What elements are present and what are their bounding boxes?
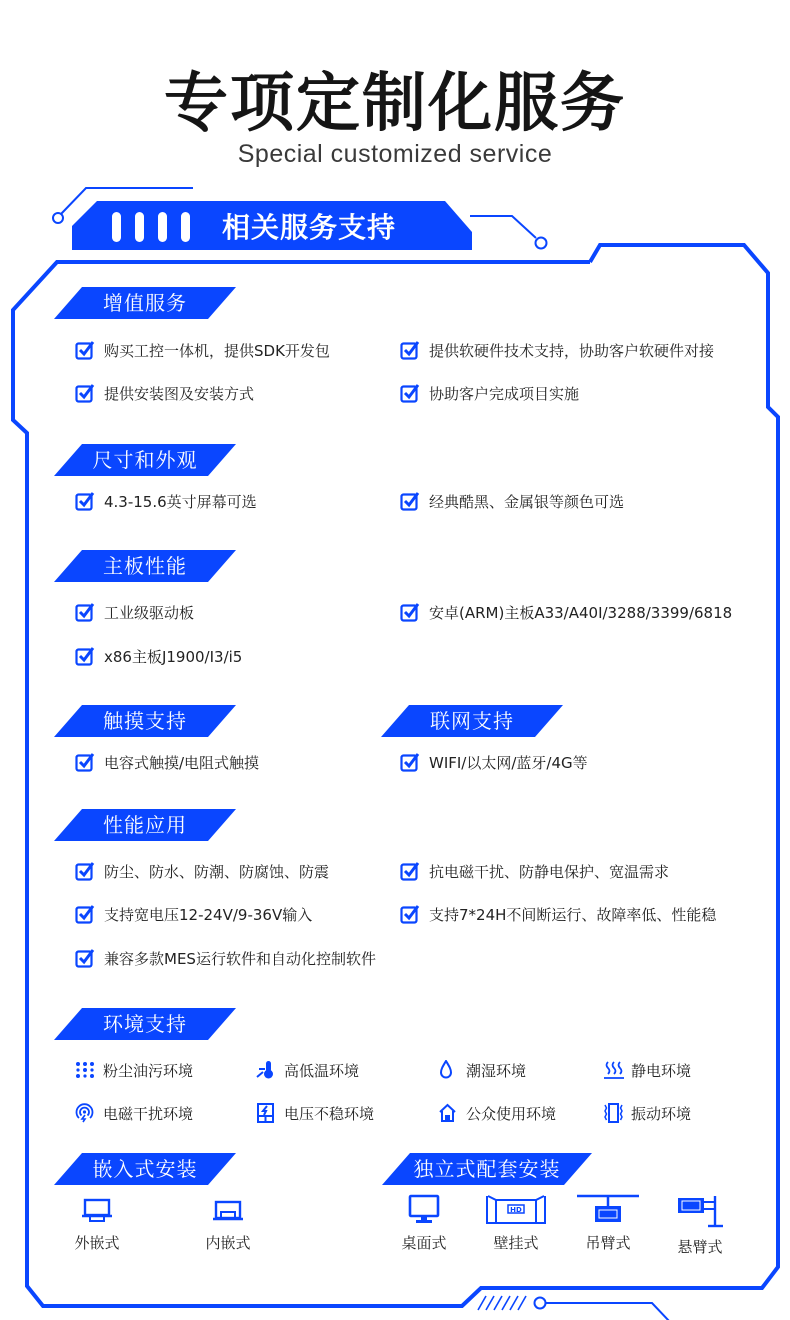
section-tag-performance: 性能应用 bbox=[54, 809, 236, 841]
desktop-monitor-icon bbox=[407, 1194, 441, 1224]
list-item: 防尘、防水、防潮、防腐蚀、防震 bbox=[75, 860, 329, 882]
list-item: 协助客户完成项目实施 bbox=[400, 382, 579, 404]
external-embed-icon bbox=[81, 1198, 113, 1224]
list-item: x86主板J1900/I3/i5 bbox=[75, 645, 242, 667]
internal-embed-icon bbox=[212, 1198, 244, 1224]
section-tag-size: 尺寸和外观 bbox=[54, 444, 236, 476]
checkbox-icon bbox=[400, 383, 420, 403]
env-item: 静电环境 bbox=[603, 1059, 691, 1081]
install-option: HD 壁挂式 bbox=[471, 1194, 561, 1253]
section-label: 性能应用 bbox=[54, 809, 236, 841]
checkbox-icon bbox=[400, 340, 420, 360]
section-tag-touch: 触摸支持 bbox=[54, 705, 236, 737]
checkbox-icon bbox=[400, 752, 420, 772]
list-item: 工业级驱动板 bbox=[75, 601, 194, 623]
install-option: 吊臂式 bbox=[563, 1194, 653, 1253]
env-item: 高低温环境 bbox=[256, 1059, 359, 1081]
env-item: 公众使用环境 bbox=[438, 1102, 556, 1124]
checkbox-icon bbox=[75, 861, 95, 881]
env-item: 潮湿环境 bbox=[438, 1059, 526, 1081]
cantilever-arm-icon bbox=[675, 1194, 725, 1228]
list-item: WIFI/以太网/蓝牙/4G等 bbox=[400, 751, 588, 773]
dust-icon bbox=[75, 1060, 97, 1080]
wall-mount-icon: HD bbox=[485, 1194, 547, 1224]
checkbox-icon bbox=[75, 491, 95, 511]
list-item: 支持宽电压12-24V/9-36V输入 bbox=[75, 903, 312, 925]
section-tag-embedded: 嵌入式安装 bbox=[54, 1153, 236, 1185]
checkbox-icon bbox=[75, 646, 95, 666]
section-label: 主板性能 bbox=[54, 550, 236, 582]
install-option: 外嵌式 bbox=[52, 1198, 142, 1253]
ceiling-hang-icon bbox=[577, 1194, 639, 1224]
banner-title: 相关服务支持 bbox=[222, 206, 396, 246]
section-label: 联网支持 bbox=[381, 705, 563, 737]
section-label: 增值服务 bbox=[54, 287, 236, 319]
section-label: 嵌入式安装 bbox=[54, 1153, 236, 1185]
section-label: 触摸支持 bbox=[54, 705, 236, 737]
checkbox-icon bbox=[75, 602, 95, 622]
section-tag-standalone: 独立式配套安装 bbox=[382, 1153, 592, 1185]
section-label: 独立式配套安装 bbox=[382, 1153, 592, 1185]
list-item: 安卓(ARM)主板A33/A40I/3288/3399/6818 bbox=[400, 601, 732, 623]
checkbox-icon bbox=[400, 602, 420, 622]
list-item: 提供软硬件技术支持，协助客户软硬件对接 bbox=[400, 339, 714, 361]
section-tag-environment: 环境支持 bbox=[54, 1008, 236, 1040]
checkbox-icon bbox=[75, 948, 95, 968]
checkbox-icon bbox=[400, 491, 420, 511]
checkbox-icon bbox=[75, 383, 95, 403]
section-label: 环境支持 bbox=[54, 1008, 236, 1040]
env-item: 电磁干扰环境 bbox=[75, 1102, 193, 1124]
list-item: 提供安装图及安装方式 bbox=[75, 382, 254, 404]
checkbox-icon bbox=[75, 340, 95, 360]
section-label: 尺寸和外观 bbox=[54, 444, 236, 476]
list-item: 4.3-15.6英寸屏幕可选 bbox=[75, 490, 257, 512]
list-item: 兼容多款MES运行软件和自动化控制软件 bbox=[75, 947, 376, 969]
voltage-icon bbox=[256, 1103, 278, 1123]
signal-icon bbox=[75, 1103, 97, 1123]
section-tag-board: 主板性能 bbox=[54, 550, 236, 582]
list-item: 电容式触摸/电阻式触摸 bbox=[75, 751, 259, 773]
thermometer-icon bbox=[256, 1060, 278, 1080]
install-option: 悬臂式 bbox=[655, 1194, 745, 1257]
list-item: 购买工控一体机，提供SDK开发包 bbox=[75, 339, 330, 361]
list-item: 经典酷黑、金属银等颜色可选 bbox=[400, 490, 624, 512]
checkbox-icon bbox=[400, 861, 420, 881]
checkbox-icon bbox=[75, 904, 95, 924]
env-item: 粉尘油污环境 bbox=[75, 1059, 193, 1081]
list-item: 抗电磁干扰、防静电保护、宽温需求 bbox=[400, 860, 669, 882]
section-tag-value-added: 增值服务 bbox=[54, 287, 236, 319]
svg-text:HD: HD bbox=[510, 1206, 522, 1214]
vibration-icon bbox=[603, 1103, 625, 1123]
section-tag-network: 联网支持 bbox=[381, 705, 563, 737]
env-item: 振动环境 bbox=[603, 1102, 691, 1124]
env-item: 电压不稳环境 bbox=[256, 1102, 374, 1124]
install-option: 内嵌式 bbox=[183, 1198, 273, 1253]
list-item: 支持7*24H不间断运行、故障率低、性能稳 bbox=[400, 903, 716, 925]
home-icon bbox=[438, 1103, 460, 1123]
page-subtitle: Special customized service bbox=[0, 140, 790, 169]
checkbox-icon bbox=[400, 904, 420, 924]
static-icon bbox=[603, 1060, 625, 1080]
install-option: 桌面式 bbox=[379, 1194, 469, 1253]
droplet-icon bbox=[438, 1060, 460, 1080]
page-title: 专项定制化服务 bbox=[0, 52, 790, 144]
checkbox-icon bbox=[75, 752, 95, 772]
